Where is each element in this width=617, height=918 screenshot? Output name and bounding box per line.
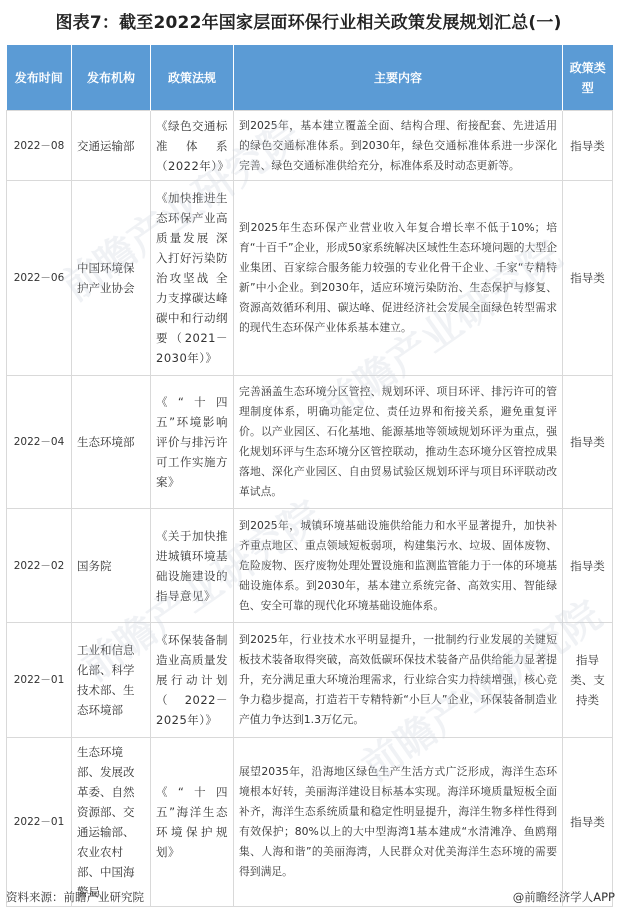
- table-row: 2022－08 交通运输部 《绿色交通标准体系（2022年）》 到2025年，基…: [7, 111, 613, 181]
- cell-content: 到2025年，城镇环境基础设施供给能力和水平显著提升，加快补齐重点地区、重点领域…: [234, 509, 563, 623]
- table-header-row: 发布时间 发布机构 政策法规 主要内容 政策类型: [7, 45, 613, 111]
- table-row: 2022－06 中国环境保护产业协会 《加快推进生态环保产业高质量发展 深入打好…: [7, 181, 613, 376]
- cell-type: 指导类: [563, 181, 613, 376]
- cell-date: 2022－01: [7, 738, 72, 907]
- table-row: 2022－02 国务院 《关于加快推进城镇环境基础设施建设的指导意见》 到202…: [7, 509, 613, 623]
- cell-type: 指导类: [563, 509, 613, 623]
- cell-org: 生态环境部: [72, 376, 151, 509]
- source-note: 资料来源：前瞻产业研究院: [6, 889, 144, 905]
- cell-content: 到2025年，基本建立覆盖全面、结构合理、衔接配套、先进适用的绿色交通标准体系。…: [234, 111, 563, 181]
- cell-content: 完善涵盖生态环境分区管控、规划环评、项目环评、排污许可的管理制度体系，明确功能定…: [234, 376, 563, 509]
- cell-content: 到2025年生态环保产业营业收入年复合增长率不低于10%；培育“十百千”企业，形…: [234, 181, 563, 376]
- cell-org: 工业和信息化部、科学技术部、生态环境部: [72, 623, 151, 738]
- cell-policy: 《关于加快推进城镇环境基础设施建设的指导意见》: [151, 509, 234, 623]
- header-content: 主要内容: [234, 45, 563, 111]
- cell-date: 2022－01: [7, 623, 72, 738]
- cell-date: 2022－08: [7, 111, 72, 181]
- cell-org: 生态环境部、发展改革委、自然资源部、交通运输部、农业农村部、中国海警局: [72, 738, 151, 907]
- header-policy: 政策法规: [151, 45, 234, 111]
- cell-content: 到2025年，行业技术水平明显提升，一批制约行业发展的关键短板技术装备取得突破，…: [234, 623, 563, 738]
- cell-type: 指导类: [563, 376, 613, 509]
- credit-note: @前瞻经济学人APP: [513, 889, 615, 905]
- cell-date: 2022－06: [7, 181, 72, 376]
- cell-date: 2022－02: [7, 509, 72, 623]
- table-row: 2022－01 生态环境部、发展改革委、自然资源部、交通运输部、农业农村部、中国…: [7, 738, 613, 907]
- chart-title: 图表7：截至2022年国家层面环保行业相关政策发展规划汇总(一): [0, 8, 617, 33]
- cell-org: 国务院: [72, 509, 151, 623]
- cell-type: 指导类、支持类: [563, 623, 613, 738]
- header-org: 发布机构: [72, 45, 151, 111]
- cell-policy: 《加快推进生态环保产业高质量发展 深入打好污染防治攻坚战 全力支撑碳达峰碳中和行…: [151, 181, 234, 376]
- cell-policy: 《环保装备制造业高质量发展行动计划（2022－2025年）》: [151, 623, 234, 738]
- table-row: 2022－04 生态环境部 《“十四五”环境影响评价与排污许可工作实施方案》 完…: [7, 376, 613, 509]
- policy-table: 发布时间 发布机构 政策法规 主要内容 政策类型 2022－08 交通运输部 《…: [6, 45, 613, 907]
- cell-org: 中国环境保护产业协会: [72, 181, 151, 376]
- table-row: 2022－01 工业和信息化部、科学技术部、生态环境部 《环保装备制造业高质量发…: [7, 623, 613, 738]
- cell-type: 指导类: [563, 111, 613, 181]
- header-type: 政策类型: [563, 45, 613, 111]
- cell-content: 展望2035年，沿海地区绿色生产生活方式广泛形成，海洋生态环境根本好转，美丽海洋…: [234, 738, 563, 907]
- header-date: 发布时间: [7, 45, 72, 111]
- cell-date: 2022－04: [7, 376, 72, 509]
- cell-org: 交通运输部: [72, 111, 151, 181]
- cell-policy: 《绿色交通标准体系（2022年）》: [151, 111, 234, 181]
- cell-policy: 《“十四五”环境影响评价与排污许可工作实施方案》: [151, 376, 234, 509]
- cell-type: 指导类: [563, 738, 613, 907]
- cell-policy: 《“十四五”海洋生态环境保护规划》: [151, 738, 234, 907]
